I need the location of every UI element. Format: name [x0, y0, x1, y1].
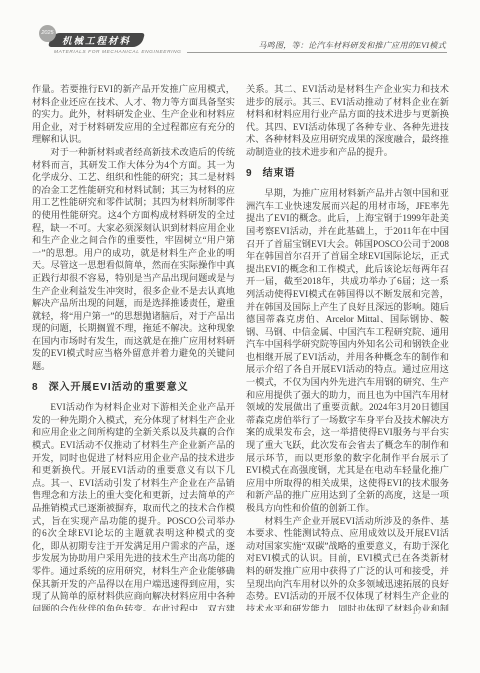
section-heading-8: 8 深入开展EVI活动的重要意义 — [32, 382, 235, 395]
paragraph-continuation: 关系。其二、EVI活动是材料生产企业实力和技术进步的展示。其三、EVI活动推动了… — [246, 83, 449, 159]
journal-logo: 机械工程材料 — [48, 33, 145, 47]
section-title: 深入开展EVI活动的重要意义 — [49, 382, 189, 395]
section-number: 9 — [246, 168, 252, 181]
journal-page: 2025 机械工程材料 MATERIALS FOR MECHANICAL ENG… — [0, 0, 480, 673]
section-title: 结束语 — [263, 168, 296, 181]
article-body: 作量。若要推行EVI的新产品开发推广应用模式，材料企业还应在技术、人才、物力等方… — [32, 83, 449, 611]
paragraph: 材料生产企业开展EVI活动所涉及的条件、基本要求、性能测试特点、应用成效以及开展… — [246, 515, 449, 611]
paragraph-continuation: 作量。若要推行EVI的新产品开发推广应用模式，材料企业还应在技术、人才、物力等方… — [32, 83, 235, 146]
page-number: 17 — [412, 606, 423, 616]
page-header: 2025 机械工程材料 MATERIALS FOR MECHANICAL ENG… — [38, 25, 447, 57]
paragraph: 对于一种新材料或者经高新技术改造后的传统材料而言，其研发工作大体分为4个方面。其… — [32, 146, 235, 373]
journal-name-en: MATERIALS FOR MECHANICAL ENGINEERING — [54, 50, 182, 55]
right-column: 关系。其二、EVI活动是材料生产企业实力和技术进步的展示。其三、EVI活动推动了… — [246, 83, 449, 611]
section-number: 8 — [32, 382, 38, 395]
paragraph: 早期，为推广应用材料新产品并占领中国和亚洲汽车工业快速发展而兴起的用材市场，JF… — [246, 187, 449, 514]
journal-year-badge: 2025 — [39, 25, 56, 42]
header-rule — [187, 52, 447, 53]
running-title: 马鸣图，等：论汽车材料研发和推广应用的EVI模式 — [258, 40, 446, 51]
paragraph: EVI活动作为材料企业对下游相关企业产品开发的一种先期介入模式，充分体现了材料生… — [32, 401, 235, 611]
journal-name-cn: 机械工程材料 — [62, 33, 131, 47]
section-heading-9: 9 结束语 — [246, 168, 449, 181]
left-column: 作量。若要推行EVI的新产品开发推广应用模式，材料企业还应在技术、人才、物力等方… — [32, 83, 235, 611]
